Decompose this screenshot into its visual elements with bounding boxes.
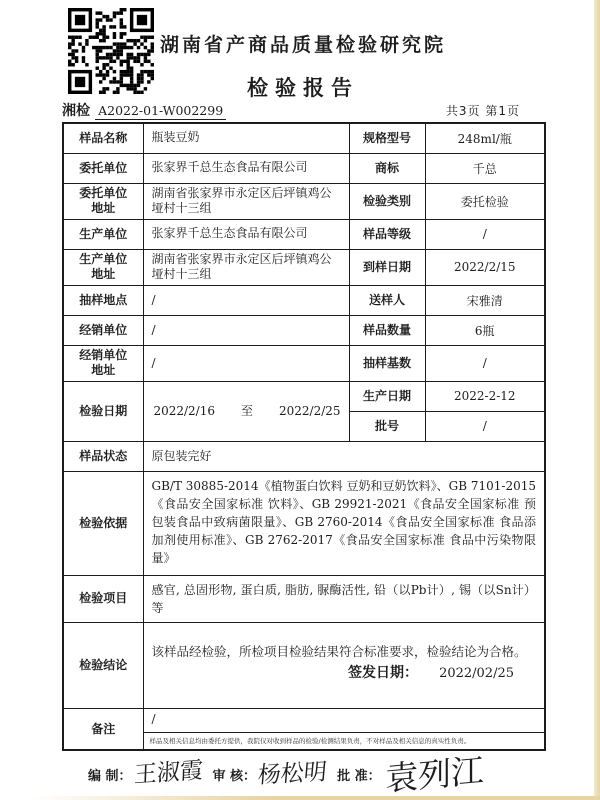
field-label: 规格型号 [349, 123, 425, 153]
approved-by-label: 批 准： [337, 765, 381, 784]
signature-row: 编 制： 王淑霞 审 核： 杨松明 批 准： 袁列江 [88, 750, 568, 798]
field-label: 到样日期 [349, 249, 425, 285]
field-label: 委托单位地址 [63, 183, 143, 219]
field-value: 感官, 总固形物, 蛋白质, 脂肪, 脲酶活性, 铅（以Pb计）, 锡（以Sn计… [143, 575, 545, 622]
field-label: 检验日期 [63, 381, 143, 441]
approved-by-signature: 袁列江 [385, 744, 484, 800]
field-value: / [425, 219, 545, 249]
table-row: 生产单位 张家界千总生态食品有限公司 样品等级 / [63, 219, 545, 249]
field-label: 抽样地点 [63, 285, 143, 315]
table-row-basis: 检验依据 GB/T 30885-2014《植物蛋白饮料 豆奶和豆奶饮料》、GB … [63, 471, 545, 575]
inspection-date-start: 2022/2/16 [153, 404, 215, 420]
field-label: 检验项目 [63, 575, 143, 622]
inspection-date-range: 2022/2/16 至 2022/2/25 [143, 381, 349, 441]
conclusion-cell: 该样品经检验，所检项目检验结果符合标准要求，检验结论为合格。 签发日期： 202… [143, 622, 545, 708]
field-value: / [425, 411, 545, 441]
org-title: 湖南省产商品质量检验研究院 [62, 30, 544, 57]
field-value: 委托检验 [425, 183, 545, 219]
inspection-date-separator: 至 [241, 404, 253, 420]
issue-date-value: 2022/02/25 [439, 666, 514, 681]
field-value: 千总 [425, 153, 545, 183]
field-value: 瓶装豆奶 [143, 123, 349, 153]
field-label: 生产单位地址 [63, 249, 143, 285]
conclusion-text: 该样品经检验，所检项目检验结果符合标准要求，检验结论为合格。 [144, 623, 545, 662]
table-row-items: 检验项目 感官, 总固形物, 蛋白质, 脂肪, 脲酶活性, 铅（以Pb计）, 锡… [63, 575, 545, 622]
remark-cell: / 样品及相关信息均由委托方提供，我院仅对收到样品的检验/检测结果负责，不对样品… [143, 708, 545, 750]
field-label: 批号 [349, 411, 425, 441]
field-label: 抽样基数 [349, 345, 425, 381]
disclaimer-text: 样品及相关信息均由委托方提供，我院仅对收到样品的检验/检测结果负责，不对样品及相… [144, 733, 545, 748]
field-value: 宋雅清 [425, 285, 545, 315]
table-row: 生产单位地址 湖南省张家界市永定区后坪镇鸡公垭村十三组 到样日期 2022/2/… [63, 249, 545, 285]
table-row: 经销单位 / 样品数量 6瓶 [63, 315, 545, 345]
field-label: 样品数量 [349, 315, 425, 345]
field-label: 备注 [63, 708, 143, 750]
report-table: 样品名称 瓶装豆奶 规格型号 248ml/瓶 委托单位 张家界千总生态食品有限公… [62, 122, 546, 751]
field-label: 样品状态 [63, 441, 143, 471]
table-row-inspection-date: 检验日期 2022/2/16 至 2022/2/25 生产日期 2022-2-1… [63, 381, 545, 411]
field-label: 送样人 [349, 285, 425, 315]
issue-date-line: 签发日期： 2022/02/25 [144, 662, 545, 690]
prepared-by-label: 编 制： [88, 765, 132, 784]
field-value: 2022/2/15 [425, 249, 545, 285]
field-label: 商标 [349, 153, 425, 183]
table-row: 经销单位地址 / 抽样基数 / [63, 345, 545, 381]
reviewed-by-signature: 杨松明 [257, 753, 329, 790]
report-number-prefix: 湘检 [62, 103, 90, 119]
field-value: 张家界千总生态食品有限公司 [143, 219, 349, 249]
field-label: 检验结论 [63, 622, 143, 708]
field-value: 张家界千总生态食品有限公司 [143, 153, 349, 183]
prepared-by-signature: 王淑霞 [133, 751, 203, 789]
table-row-sample-status: 样品状态 原包装完好 [63, 441, 545, 471]
field-value: 248ml/瓶 [425, 123, 545, 153]
issue-date-label: 签发日期： [348, 665, 418, 681]
table-row-remark: 备注 / 样品及相关信息均由委托方提供，我院仅对收到样品的检验/检测结果负责，不… [63, 708, 545, 750]
field-label: 经销单位地址 [63, 345, 143, 381]
field-value: / [425, 345, 545, 381]
approved-by-group: 批 准： 袁列江 [337, 753, 484, 796]
prepared-by-group: 编 制： 王淑霞 [88, 762, 213, 787]
field-label: 经销单位 [63, 315, 143, 345]
pagination: 共3页 第1页 [446, 102, 520, 119]
field-label: 委托单位 [63, 153, 143, 183]
field-value: 原包装完好 [143, 441, 545, 471]
table-row: 委托单位 张家界千总生态食品有限公司 商标 千总 [63, 153, 545, 183]
field-value: / [143, 345, 349, 381]
field-label: 样品等级 [349, 219, 425, 249]
field-value: / [143, 315, 349, 345]
field-label: 生产单位 [63, 219, 143, 249]
field-value: 6瓶 [425, 315, 545, 345]
table-row: 委托单位地址 湖南省张家界市永定区后坪镇鸡公垭村十三组 检验类别 委托检验 [63, 183, 545, 219]
doc-title: 检验报告 [62, 72, 544, 102]
field-value: GB/T 30885-2014《植物蛋白饮料 豆奶和豆奶饮料》、GB 7101-… [143, 471, 545, 575]
remark-value: / [144, 709, 545, 733]
table-row-conclusion: 检验结论 该样品经检验，所检项目检验结果符合标准要求，检验结论为合格。 签发日期… [63, 622, 545, 708]
reviewed-by-group: 审 核： 杨松明 [213, 761, 338, 788]
field-label: 样品名称 [63, 123, 143, 153]
field-value: 湖南省张家界市永定区后坪镇鸡公垭村十三组 [143, 249, 349, 285]
inspection-date-end: 2022/2/25 [279, 404, 341, 420]
report-number: A2022-01-W002299 [95, 103, 226, 120]
field-value: 湖南省张家界市永定区后坪镇鸡公垭村十三组 [143, 183, 349, 219]
table-row: 抽样地点 / 送样人 宋雅清 [63, 285, 545, 315]
field-label: 检验依据 [63, 471, 143, 575]
field-value: 2022-2-12 [425, 381, 545, 411]
table-row: 样品名称 瓶装豆奶 规格型号 248ml/瓶 [63, 123, 545, 153]
inspection-report-page: { "colors": { "edge_tan": "#e7d4a4", "in… [0, 0, 600, 800]
field-label: 生产日期 [349, 381, 425, 411]
reviewed-by-label: 审 核： [213, 765, 257, 784]
field-value: / [143, 285, 349, 315]
report-number-line: 湘检 A2022-01-W002299 共3页 第1页 [62, 100, 520, 118]
field-label: 检验类别 [349, 183, 425, 219]
scan-edge-right [594, 0, 600, 800]
